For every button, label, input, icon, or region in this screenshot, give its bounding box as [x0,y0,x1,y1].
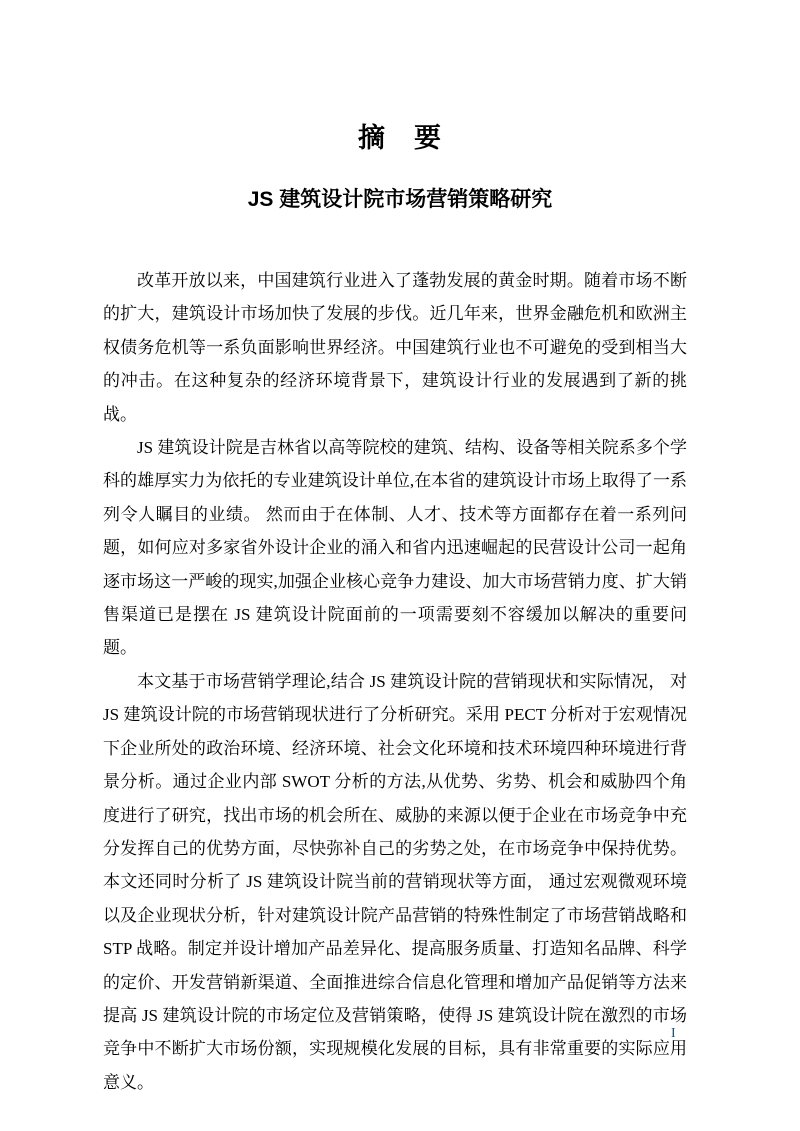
abstract-paragraph-2: JS 建筑设计院是吉林省以高等院校的建筑、结构、设备等相关院系多个学科的雄厚实力… [103,431,687,665]
abstract-text-block: 改革开放以来，中国建筑行业进入了蓬勃发展的黄金时期。随着市场不断的扩大，建筑设计… [103,264,687,1099]
abstract-paragraph-3: 本文基于市场营销学理论,结合 JS 建筑设计院的营销现状和实际情况， 对 JS … [103,665,687,1099]
thesis-title: JS 建筑设计院市场营销策略研究 [0,187,800,212]
abstract-paragraph-1: 改革开放以来，中国建筑行业进入了蓬勃发展的黄金时期。随着市场不断的扩大，建筑设计… [103,264,687,431]
page-number: I [671,1026,676,1042]
page-title: 摘 要 [0,0,800,154]
document-page: 摘 要 JS 建筑设计院市场营销策略研究 改革开放以来，中国建筑行业进入了蓬勃发… [0,0,800,1131]
